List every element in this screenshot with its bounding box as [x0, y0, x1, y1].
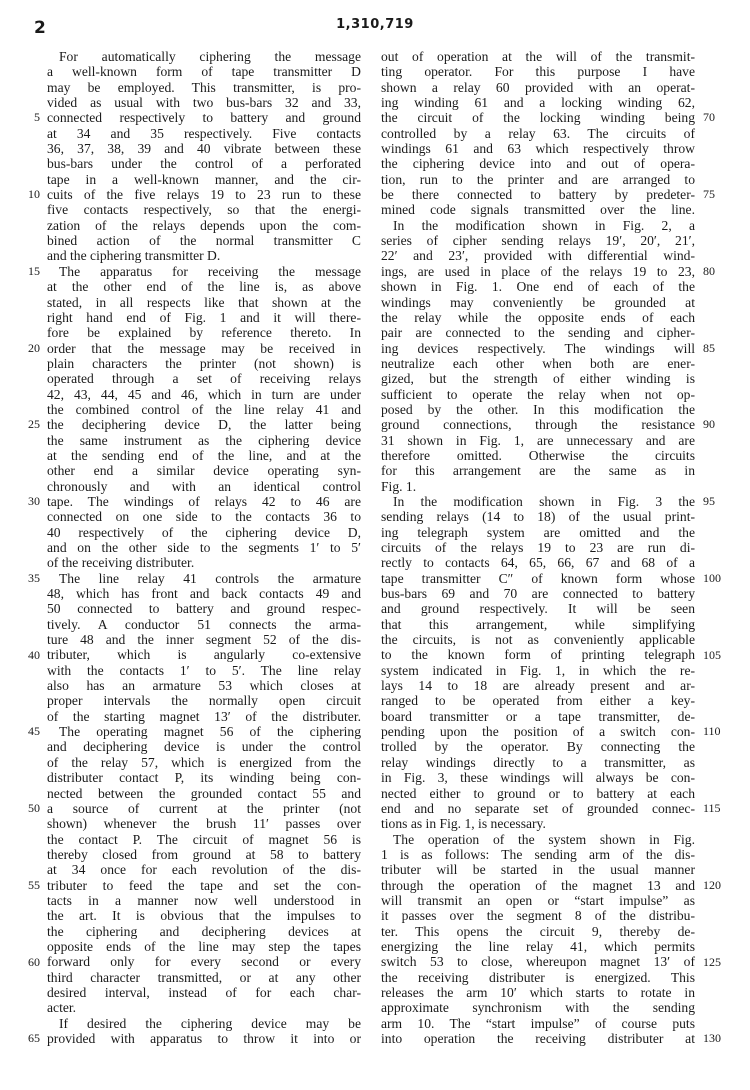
- text-line: In the modification shown in Fig. 3 the: [381, 494, 695, 509]
- line-number: 45: [28, 724, 40, 739]
- text-line: tion, run to the printer and are arrange…: [381, 172, 695, 187]
- text-line: desired interval, instead of for each ch…: [47, 985, 361, 1000]
- text-line: windings 61 and 63 which respectively th…: [381, 141, 695, 156]
- text-line: The operation of the system shown in Fig…: [381, 832, 695, 847]
- text-line: rectly to contacts 64, 65, 66, 67 and 68…: [381, 555, 695, 570]
- text-line: ranged to be operated from either a key-: [381, 693, 695, 708]
- text-line: 31 shown in Fig. 1, are unnecessary and …: [381, 433, 695, 448]
- text-line: at the sending end of the line, and at t…: [47, 448, 361, 463]
- text-line: stated, in all respects like that shown …: [47, 295, 361, 310]
- text-line: circuits of the relays 19 to 23 are run …: [381, 540, 695, 555]
- text-line: tributer to feed the tape and set the co…: [47, 878, 361, 893]
- text-line: fore be explained by reference thereto. …: [47, 325, 361, 340]
- line-number: 25: [28, 417, 40, 432]
- text-line: the relay while the opposite ends of eac…: [381, 310, 695, 325]
- text-line: nected between the grounded contact 55 a…: [47, 786, 361, 801]
- left-column-text: For automatically ciphering the messagea…: [47, 49, 361, 1046]
- text-line: that this arrangement, while simplifying: [381, 617, 695, 632]
- text-line: ting operator. For this purpose I have: [381, 64, 695, 79]
- text-line: zation of the relays depends upon the co…: [47, 218, 361, 233]
- text-line: neutralize each other when both are ener…: [381, 356, 695, 371]
- text-line: board transmitter or a tape transmitter,…: [381, 709, 695, 724]
- text-line: series of cipher sending relays 19′, 20′…: [381, 233, 695, 248]
- text-line: 48, which has front and back contacts 49…: [47, 586, 361, 601]
- text-line: the circuits, is not as conveniently app…: [381, 632, 695, 647]
- text-line: tively. A conductor 51 connects the arma…: [47, 617, 361, 632]
- text-line: the same instrument as the ciphering dev…: [47, 433, 361, 448]
- text-line: gized, but the strength of either windin…: [381, 371, 695, 386]
- text-line: tape in a well-known manner, and the cir…: [47, 172, 361, 187]
- text-line: tape transmitter C″ of known form whose: [381, 571, 695, 586]
- text-line: connected on one side to the contacts 36…: [47, 509, 361, 524]
- text-line: tributer will be started in the usual ma…: [381, 862, 695, 877]
- line-number: 100: [703, 571, 721, 586]
- line-number: 70: [703, 110, 715, 125]
- text-line: tions as in Fig. 1, is necessary.: [381, 816, 695, 831]
- text-line: for this arrangement are the same as in: [381, 463, 695, 478]
- text-line: The apparatus for receiving the message: [47, 264, 361, 279]
- line-number: 10: [28, 187, 40, 202]
- line-number: 50: [28, 801, 40, 816]
- text-line: releases the arm 10′ which starts to rot…: [381, 985, 695, 1000]
- text-line: distributer contact P, its winding being…: [47, 770, 361, 785]
- text-line: and the ciphering transmitter D.: [47, 248, 361, 263]
- text-line: out of operation at the will of the tran…: [381, 49, 695, 64]
- line-number: 120: [703, 878, 721, 893]
- text-line: the deciphering device D, the latter bei…: [47, 417, 361, 432]
- line-number: 85: [703, 341, 715, 356]
- text-line: a source of current at the printer (not: [47, 801, 361, 816]
- text-line: trolled by the operator. By connecting t…: [381, 739, 695, 754]
- text-line: and on the other side to the segments 1′…: [47, 540, 361, 555]
- text-line: a well-known form of tape transmitter D: [47, 64, 361, 79]
- text-line: tacts in a manner now well understood in: [47, 893, 361, 908]
- text-line: also has an armature 53 which closes at: [47, 678, 361, 693]
- text-line: of the relay 57, which is energized from…: [47, 755, 361, 770]
- text-line: chronously and with an identical control: [47, 479, 361, 494]
- text-line: into operation the receiving distributer…: [381, 1031, 695, 1046]
- line-number: 30: [28, 494, 40, 509]
- text-line: ter. This opens the circuit 9, thereby d…: [381, 924, 695, 939]
- text-line: bus-bars under the control of a perforat…: [47, 156, 361, 171]
- text-line: the contact P. The circuit of magnet 56 …: [47, 832, 361, 847]
- text-line: of the starting magnet 13′ of the distri…: [47, 709, 361, 724]
- line-number: 130: [703, 1031, 721, 1046]
- text-line: third character transmitted, or at any o…: [47, 970, 361, 985]
- text-line: through the operation of the magnet 13 a…: [381, 878, 695, 893]
- text-line: may be employed. This transmitter, is pr…: [47, 80, 361, 95]
- line-number: 90: [703, 417, 715, 432]
- text-line: the circuit of the locking winding being: [381, 110, 695, 125]
- text-line: at the other end of the line is, as abov…: [47, 279, 361, 294]
- text-line: 50 connected to battery and ground respe…: [47, 601, 361, 616]
- text-line: 1 is as follows: The sending arm of the …: [381, 847, 695, 862]
- text-line: the combined control of the line relay 4…: [47, 402, 361, 417]
- text-line: lays 14 to 18 are already present and ar…: [381, 678, 695, 693]
- text-line: energizing the line relay 41, which perm…: [381, 939, 695, 954]
- text-line: at 34 and 35 respectively. Five contacts: [47, 126, 361, 141]
- text-line: ing winding 61 and a locking winding 62,: [381, 95, 695, 110]
- text-line: ture 48 and the inner segment 52 of the …: [47, 632, 361, 647]
- text-line: system indicated in Fig. 1, in which the…: [381, 663, 695, 678]
- text-line: opposite ends of the line may step the t…: [47, 939, 361, 954]
- text-line: operated through a set of receiving rela…: [47, 371, 361, 386]
- text-line: The line relay 41 controls the armature: [47, 571, 361, 586]
- text-line: cuits of the five relays 19 to 23 run to…: [47, 187, 361, 202]
- text-line: to the known form of printing telegraph: [381, 647, 695, 662]
- line-number: 5: [34, 110, 40, 125]
- text-line: controlled by a relay 63. The circuits o…: [381, 126, 695, 141]
- text-line: vided as usual with two bus-bars 32 and …: [47, 95, 361, 110]
- text-line: switch 53 to close, whereupon magnet 13′…: [381, 954, 695, 969]
- line-number: 40: [28, 648, 40, 663]
- text-line: The operating magnet 56 of the ciphering: [47, 724, 361, 739]
- patent-number: 1,310,719: [0, 17, 750, 32]
- text-line: arm 10. The “start impulse” of course pu…: [381, 1016, 695, 1031]
- text-line: ing devices respectively. The windings w…: [381, 341, 695, 356]
- text-line: order that the message may be received i…: [47, 341, 361, 356]
- text-line: therefore omitted. Otherwise the circuit…: [381, 448, 695, 463]
- line-number: 115: [703, 801, 721, 816]
- text-line: of the receiving distributer.: [47, 555, 361, 570]
- line-number: 110: [703, 724, 721, 739]
- line-number: 15: [28, 264, 40, 279]
- text-line: If desired the ciphering device may be: [47, 1016, 361, 1031]
- text-line: For automatically ciphering the message: [47, 49, 361, 64]
- text-line: five contacts respectively, so that the …: [47, 202, 361, 217]
- text-line: other end a similar device operating syn…: [47, 463, 361, 478]
- line-number: 95: [703, 494, 715, 509]
- text-line: the ciphering and deciphering devices at: [47, 924, 361, 939]
- line-number: 75: [703, 187, 715, 202]
- text-line: ing telegraph system are omitted and the: [381, 525, 695, 540]
- text-line: with the contacts 1′ to 5′. The line rel…: [47, 663, 361, 678]
- text-line: shown a relay 60 provided with an operat…: [381, 80, 695, 95]
- text-line: at 34 once for each revolution of the di…: [47, 862, 361, 877]
- text-line: bus-bars 69 and 70 are connected to batt…: [381, 586, 695, 601]
- text-line: In the modification shown in Fig. 2, a: [381, 218, 695, 233]
- text-line: shown) whenever the brush 11′ passes ove…: [47, 816, 361, 831]
- line-number: 125: [703, 955, 721, 970]
- text-line: 42, 43, 44, 45 and 46, which in turn are…: [47, 387, 361, 402]
- text-line: mined code signals transmitted over the …: [381, 202, 695, 217]
- text-line: approximate synchronism with the sending: [381, 1000, 695, 1015]
- text-line: the art. It is obvious that the impulses…: [47, 908, 361, 923]
- text-line: pending upon the position of a switch co…: [381, 724, 695, 739]
- text-line: and deciphering device is under the cont…: [47, 739, 361, 754]
- text-line: connected respectively to battery and gr…: [47, 110, 361, 125]
- text-line: and ground respectively. It will be seen: [381, 601, 695, 616]
- line-number: 60: [28, 955, 40, 970]
- text-line: ings, are used in place of the relays 19…: [381, 264, 695, 279]
- line-number: 35: [28, 571, 40, 586]
- line-number: 105: [703, 648, 721, 663]
- line-number: 55: [28, 878, 40, 893]
- text-line: right hand end of Fig. 1 and it will the…: [47, 310, 361, 325]
- text-line: sending relays (14 to 18) of the usual p…: [381, 509, 695, 524]
- text-line: shown in Fig. 1. One end of each of the: [381, 279, 695, 294]
- text-line: thereby closed from ground at 58 to batt…: [47, 847, 361, 862]
- text-line: forward only for every second or every: [47, 954, 361, 969]
- text-line: 40 respectively of the ciphering device …: [47, 525, 361, 540]
- text-line: provided with apparatus to throw it into…: [47, 1031, 361, 1046]
- text-line: 36, 37, 38, 39 and 40 vibrate between th…: [47, 141, 361, 156]
- text-line: acter.: [47, 1000, 361, 1015]
- text-line: end and no separate set of grounded conn…: [381, 801, 695, 816]
- text-line: it passes over the segment 8 of the dist…: [381, 908, 695, 923]
- line-number: 65: [28, 1031, 40, 1046]
- line-number: 80: [703, 264, 715, 279]
- text-line: 22′ and 23′, provided with differential …: [381, 248, 695, 263]
- text-line: pair are connected to the sending and ci…: [381, 325, 695, 340]
- text-line: posed by the other. In this modification…: [381, 402, 695, 417]
- text-line: the receiving distributer is energized. …: [381, 970, 695, 985]
- text-line: plain characters the printer (not shown)…: [47, 356, 361, 371]
- text-line: bined action of the normal transmitter C: [47, 233, 361, 248]
- line-number: 20: [28, 341, 40, 356]
- text-line: in Fig. 3, these windings will always be…: [381, 770, 695, 785]
- text-line: the ciphering device into and out of ope…: [381, 156, 695, 171]
- text-line: will transmit an open or “start impulse”…: [381, 893, 695, 908]
- text-line: be there connected to battery by predete…: [381, 187, 695, 202]
- text-line: Fig. 1.: [381, 479, 695, 494]
- text-line: tributer, which is angularly co-extensiv…: [47, 647, 361, 662]
- text-line: nected either to ground or to battery at…: [381, 786, 695, 801]
- text-line: tape. The windings of relays 42 to 46 ar…: [47, 494, 361, 509]
- text-line: relay windings directly to a transmitter…: [381, 755, 695, 770]
- text-line: proper intervals the normally open circu…: [47, 693, 361, 708]
- right-column-text: out of operation at the will of the tran…: [381, 49, 695, 1046]
- text-line: sufficient to operate the relay when not…: [381, 387, 695, 402]
- text-line: windings may conveniently be grounded at: [381, 295, 695, 310]
- text-line: ground connections, through the resistan…: [381, 417, 695, 432]
